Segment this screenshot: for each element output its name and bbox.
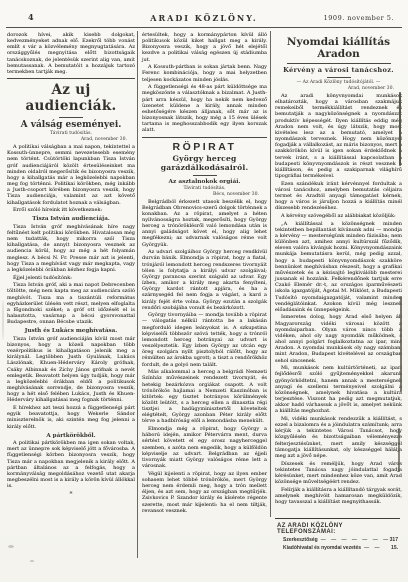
column-divider	[137, 31, 138, 558]
article-headline: Nyomdai kiállítás Aradon	[275, 36, 402, 60]
petition-quote-paragraph: „A kiállítással a közönségnek minden tek…	[275, 221, 402, 313]
section-rule	[142, 137, 267, 138]
telephone-entry: Kiadóhivatal és nyomdai vezetés — — 15.	[283, 545, 398, 551]
subheading: Tisza István audienciája.	[7, 216, 135, 222]
paragraph: Erről szóló híreink itt következnek:	[7, 207, 135, 213]
article-subtitle: Kérvény a városi tanácshoz.	[275, 66, 402, 74]
paragraph: Ismeretes dolog, hogy Arad első helyen á…	[275, 314, 402, 363]
box-rule	[275, 518, 400, 519]
telephone-entry-number: 15.	[391, 545, 398, 551]
telephone-entry: Szerkesztőség — — — — — — — 317	[283, 537, 398, 543]
headline-rule	[59, 117, 83, 118]
paragraph: A politikai válságban a mai napon, tekin…	[7, 144, 135, 206]
paragraph: A Kossuth-pártban is sokan jártak benn. …	[142, 64, 267, 82]
paragraph: Díszesek és reméljük, hogy Arad város te…	[275, 461, 402, 486]
right-column: Nyomdai kiállítás Aradon Kérvény a város…	[275, 32, 402, 559]
telephone-box-title: AZ ARADI KÖZLÖNY TELEFONSZÁMAI:	[277, 523, 400, 535]
article-kicker: Az asztalnokok orgiái.	[142, 179, 267, 185]
telephone-numbers-box: AZ ARADI KÖZLÖNY TELEFONSZÁMAI: Szerkesz…	[275, 518, 400, 552]
scan-artifact	[399, 92, 401, 166]
dash-leader: — — — — — — —	[318, 537, 390, 543]
paragraph: A függetlenségi és 48-as párt küldöttség…	[142, 84, 267, 133]
telephone-entry-label: Szerkesztőség	[283, 537, 318, 543]
continuation-paragraph: dorozok hívei, akik kisebb dolgokat, ked…	[7, 32, 135, 75]
telephone-entry-number: 317	[390, 537, 398, 543]
paragraph: Az aradi könyvnyomdai munkások elhatároz…	[275, 93, 402, 179]
paragraph: Belgrádból érkezett utasok beszélik el, …	[142, 199, 267, 248]
paragraph: Elmondja még a röpirat, hogy György a há…	[142, 426, 267, 469]
article-byline: — Az Aradi Közlöny tudósítójától. —	[275, 80, 402, 85]
article-dateline: Arad, november 30.	[275, 86, 402, 91]
subtitle-rule	[327, 77, 351, 78]
paragraph: Más alkalommal a herceg a belgrádi Nemze…	[142, 369, 267, 424]
article-headline: RÖPIRAT	[142, 141, 267, 153]
scan-smudge	[2, 300, 4, 340]
article-dateline: Arad, november 30.	[7, 137, 135, 142]
article-dateline: Bécs, november 30.	[142, 192, 267, 197]
paragraph: György tivornyáiba — mondja tovább a röp…	[142, 312, 267, 367]
paragraph: Felírják a kiállításra a kiállítandó tár…	[275, 487, 402, 505]
article-subtitle: György herceg garázdálkodásairól.	[142, 154, 267, 172]
masthead-rule	[6, 27, 402, 28]
scan-smudge	[30, 560, 34, 562]
scan-smudge	[8, 545, 14, 548]
article-end-mark: *	[7, 491, 135, 498]
paragraph: Ezen szándékuk iránt kérvénnyel fordulta…	[275, 181, 402, 212]
paragraph: Az udvari szolgáihoz György herceg rendk…	[142, 249, 267, 311]
paragraph: Tisza István gróf, aki a mai napot Debre…	[7, 282, 135, 325]
article-byline: Távirati tudósítás.	[142, 186, 267, 191]
subheading: Justh és Lukács meghívatása.	[7, 328, 135, 334]
article-headline: Az uj audienciák.	[7, 82, 135, 114]
paragraph: A politikai pártkörökben ma igen sokan v…	[7, 440, 135, 489]
paragraph: Tisza István gróf meghívásának híre nagy…	[7, 224, 135, 273]
scan-artifact	[400, 296, 402, 392]
middle-column: értesültek, hogy a kormánypárton kívül á…	[142, 32, 267, 515]
headline-rule	[193, 175, 217, 176]
scan-artifact	[398, 428, 400, 472]
headline-rule	[287, 63, 391, 64]
issue-date: 1909. november 5.	[324, 14, 394, 22]
newspaper-page: 4 ARADI KÖZLÖNY. 1909. november 5. doroz…	[0, 0, 408, 582]
section-rule	[7, 78, 135, 79]
paragraph: Mi, munkások nem kultúrtörténeti, az ipa…	[275, 365, 402, 414]
masthead: 4 ARADI KÖZLÖNY. 1909. november 5.	[6, 12, 402, 27]
paragraph: E hírekhez azt teszi hozzá a függetlensé…	[7, 405, 135, 430]
subheading: A pártkörökből.	[7, 433, 135, 439]
paragraph: Végül kijelenti a röpirat, hogy az ilyen…	[142, 471, 267, 514]
paragraph: Éjjel jelenti tudósítónk:	[7, 275, 135, 281]
paragraph: Tisza István gróf audienciáján kívül mos…	[7, 336, 135, 404]
column-divider	[270, 31, 271, 517]
paragraph: Mi, vidéki munkások rendezzük a kiállítá…	[275, 416, 402, 459]
article-byline: Távirati tudósítás.	[7, 131, 135, 136]
left-column: dorozok hívei, akik kisebb dolgokat, ked…	[7, 32, 135, 498]
continuation-paragraph: értesültek, hogy a kormánypárton kívül á…	[142, 32, 267, 63]
article-subtitle: A válság eseményei.	[7, 120, 135, 130]
paragraph: A kérvény szövegéből az alábbiakat közöl…	[275, 213, 402, 219]
dash-leader: — —	[361, 545, 391, 551]
telephone-entry-label: Kiadóhivatal és nyomdai vezetés	[283, 545, 361, 551]
